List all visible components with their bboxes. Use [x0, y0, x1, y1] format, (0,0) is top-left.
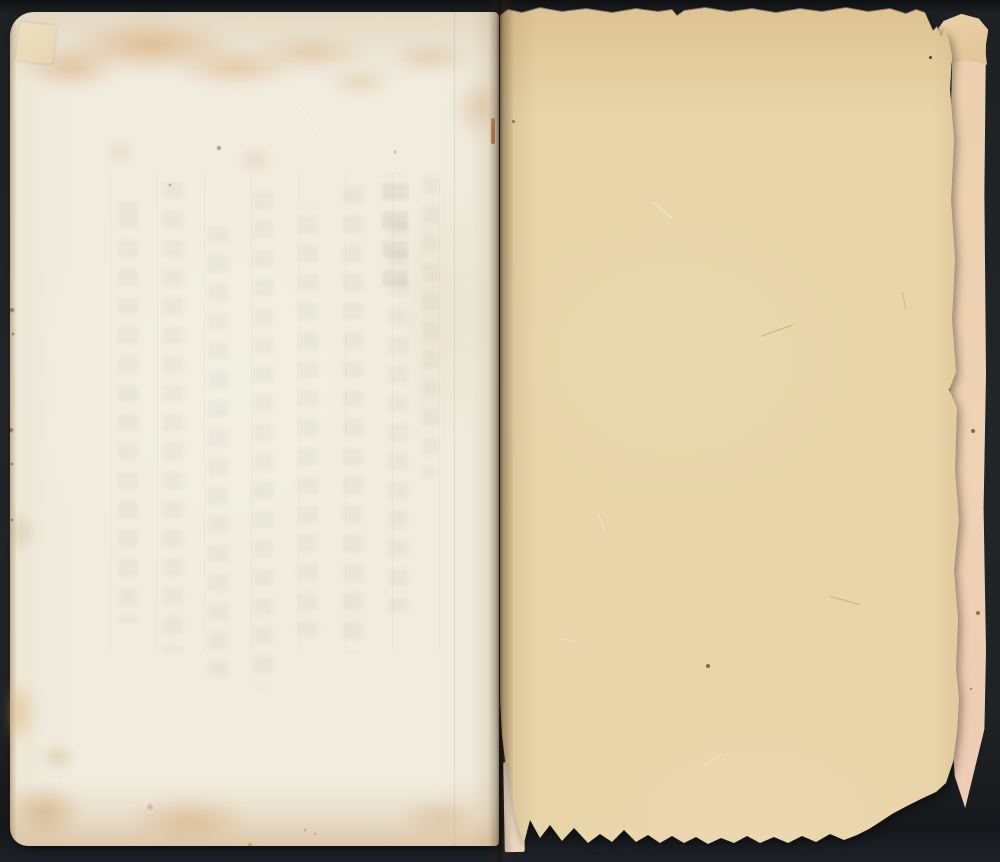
paper-fiber [830, 596, 859, 605]
scan-background: { "scan": { "subject": "archival scan of… [0, 0, 1000, 862]
right-page-stack [500, 0, 992, 862]
right-page-recto [500, 0, 962, 852]
paper-speck [512, 120, 515, 123]
paper-fiber [653, 202, 674, 219]
paper-fiber [560, 638, 580, 642]
gutter-fold-line [454, 12, 455, 846]
paper-fiber [597, 510, 605, 531]
paper-fiber [902, 292, 906, 310]
paper-fiber [761, 324, 793, 337]
edge-stain-dash [491, 118, 495, 144]
paper-speck [976, 611, 980, 615]
paper-speck [971, 429, 975, 433]
corner-repair-patch [16, 22, 56, 64]
book-spread [0, 0, 1000, 862]
right-page-shadow-wrap [500, 0, 992, 862]
foxing-spots [10, 12, 499, 846]
paper-fiber [702, 753, 722, 768]
paper-speck [706, 664, 710, 668]
paper-speck [929, 56, 932, 59]
paper-speck [970, 688, 972, 690]
left-page-verso [10, 12, 499, 846]
